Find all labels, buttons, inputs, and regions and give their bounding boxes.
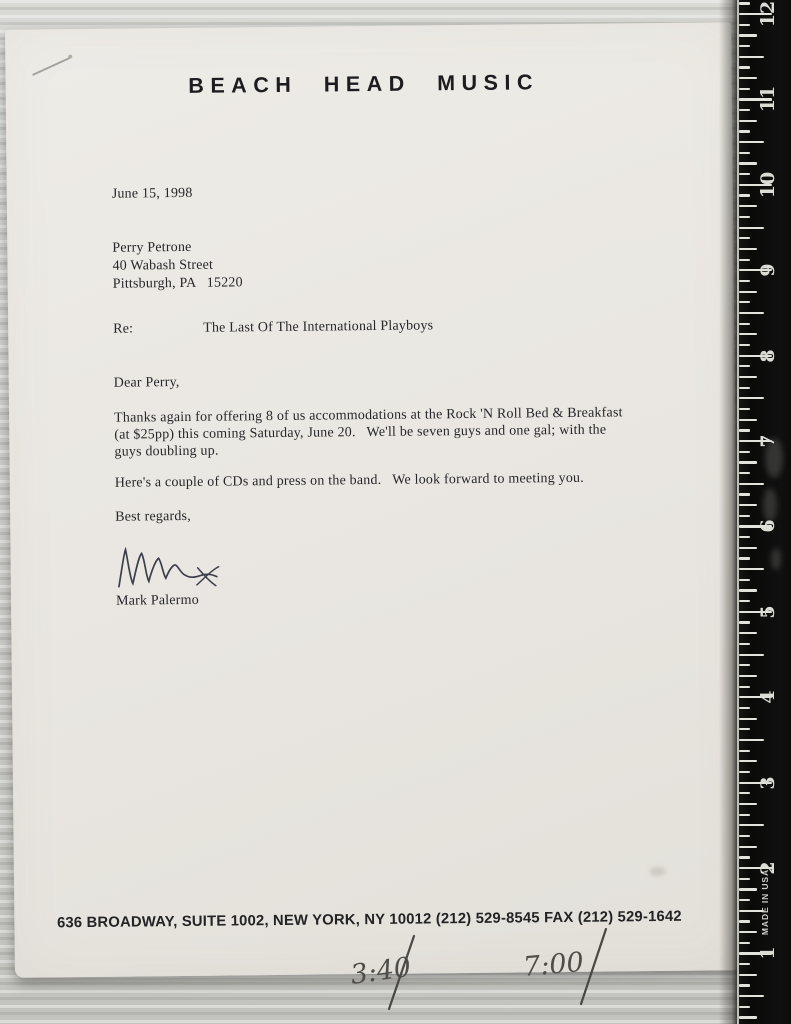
- ruler-tick: [739, 483, 764, 485]
- closing: Best regards,: [115, 509, 191, 526]
- ruler-tick: [739, 109, 750, 111]
- ruler-tick: [739, 493, 750, 495]
- ruler-number: 6: [751, 509, 785, 543]
- ruler-tick: [739, 792, 750, 794]
- ruler-tick: [739, 515, 750, 517]
- ruler-tick: [739, 376, 757, 378]
- ruler-tick: [739, 429, 750, 431]
- ruler: MADE IN USA 121110987654321: [719, 0, 791, 1024]
- subject-line: Re: The Last Of The International Playbo…: [113, 318, 433, 337]
- ruler-tick: [739, 888, 757, 890]
- ruler-number: 8: [751, 339, 785, 373]
- ruler-tick: [739, 846, 757, 848]
- footer-address: 636 BROADWAY, SUITE 1002, NEW YORK, NY 1…: [14, 908, 724, 931]
- ruler-tick: [739, 194, 750, 196]
- ruler-tick: [739, 344, 750, 346]
- ruler-tick: [739, 664, 750, 666]
- ruler-tick: [739, 301, 750, 303]
- ruler-tick: [739, 995, 764, 997]
- recipient-name: Perry Petrone: [112, 238, 242, 257]
- body-paragraph-1: Thanks again for offering 8 of us accomm…: [114, 404, 623, 461]
- smudge-mark: [650, 867, 666, 876]
- ruler-tick: [739, 824, 764, 826]
- ruler-tick: [739, 120, 757, 122]
- ruler-tick: [739, 760, 757, 762]
- ruler-shadow: [719, 0, 737, 1024]
- ruler-tick: [739, 547, 757, 549]
- ruler-tick: [739, 686, 750, 688]
- ruler-tick: [739, 152, 750, 154]
- ruler-tick: [739, 878, 750, 880]
- ruler-tick: [739, 130, 750, 132]
- ruler-tick: [739, 419, 757, 421]
- ruler-tick: [739, 728, 750, 730]
- ruler-number: 4: [751, 680, 785, 714]
- ruler-number: 9: [751, 253, 785, 287]
- ruler-tick: [739, 280, 750, 282]
- ruler-tick: [739, 814, 750, 816]
- ruler-tick: [739, 739, 764, 741]
- ruler-tick: [739, 237, 750, 239]
- ruler-number: 10: [751, 168, 785, 202]
- ruler-tick: [739, 899, 750, 901]
- ruler-tick: [739, 162, 757, 164]
- ruler-tick: [739, 718, 757, 720]
- ruler-number: 7: [751, 424, 785, 458]
- ruler-tick: [739, 312, 764, 314]
- ruler-tick: [739, 643, 750, 645]
- body-paragraph-2: Here's a couple of CDs and press on the …: [115, 471, 584, 492]
- ruler-tick: [739, 24, 750, 26]
- salutation: Dear Perry,: [114, 375, 180, 392]
- scanned-letter-photo: BEACH HEAD MUSIC June 15, 1998 Perry Pet…: [0, 0, 791, 1024]
- ruler-tick: [739, 323, 750, 325]
- recipient-street: 40 Wabash Street: [112, 256, 242, 275]
- ruler-tick: [739, 750, 750, 752]
- ruler-tick: [739, 963, 750, 965]
- ruler-number: 1: [751, 936, 785, 970]
- ruler-tick: [739, 397, 764, 399]
- ruler-number: 5: [751, 595, 785, 629]
- ruler-tick: [739, 173, 750, 175]
- ruler-tick: [739, 835, 750, 837]
- ruler-number: 2: [751, 851, 785, 885]
- letter-date: June 15, 1998: [112, 186, 193, 203]
- ruler-tick: [739, 387, 750, 389]
- ruler-tick: [739, 942, 750, 944]
- ruler-tick: [739, 557, 750, 559]
- recipient-address: Perry Petrone 40 Wabash Street Pittsburg…: [112, 238, 243, 293]
- signer-name: Mark Palermo: [116, 593, 199, 610]
- ruler-tick: [739, 579, 750, 581]
- ruler-tick: [739, 451, 750, 453]
- ruler-tick: [739, 45, 750, 47]
- ruler-tick: [739, 803, 757, 805]
- re-label: Re:: [113, 321, 203, 338]
- letter-paper: BEACH HEAD MUSIC June 15, 1998 Perry Pet…: [5, 22, 741, 978]
- ruler-tick: [739, 632, 757, 634]
- ruler-tick: [739, 920, 750, 922]
- ruler-face: MADE IN USA 121110987654321: [737, 0, 791, 1024]
- ruler-tick: [739, 408, 750, 410]
- ruler-tick: [739, 771, 750, 773]
- ruler-tick: [739, 974, 757, 976]
- ruler-tick: [739, 931, 757, 933]
- re-subject: The Last Of The International Playboys: [203, 318, 433, 336]
- ruler-tick: [739, 2, 750, 4]
- ruler-tick: [739, 141, 764, 143]
- ruler-tick: [739, 333, 757, 335]
- ruler-tick: [739, 621, 750, 623]
- ruler-number: 3: [751, 766, 785, 800]
- ruler-tick: [739, 248, 757, 250]
- ruler-tick: [739, 1006, 750, 1008]
- ruler-tick: [739, 34, 757, 36]
- ruler-tick: [739, 984, 750, 986]
- ruler-tick: [739, 589, 757, 591]
- ruler-tick: [739, 66, 750, 68]
- ruler-tick: [739, 472, 750, 474]
- ruler-tick: [739, 504, 757, 506]
- ruler-tick: [739, 856, 750, 858]
- letterhead-company: BEACH HEAD MUSIC: [6, 68, 722, 100]
- ruler-number: 12: [751, 0, 785, 31]
- ruler-tick: [739, 1016, 757, 1018]
- ruler-tick: [739, 259, 750, 261]
- ruler-tick: [739, 675, 757, 677]
- ruler-tick: [739, 600, 750, 602]
- ruler-tick: [739, 88, 750, 90]
- ruler-tick: [739, 568, 764, 570]
- ruler-tick: [739, 365, 750, 367]
- ruler-smudge: [771, 548, 781, 570]
- ruler-tick: [739, 707, 750, 709]
- signature: [110, 537, 236, 600]
- ruler-tick: [739, 654, 764, 656]
- ruler-tick: [739, 910, 764, 912]
- ruler-tick: [739, 227, 764, 229]
- ruler-tick: [739, 77, 757, 79]
- ruler-tick: [739, 536, 750, 538]
- recipient-city: Pittsburgh, PA 15220: [113, 274, 243, 293]
- ruler-tick: [739, 461, 757, 463]
- ruler-tick: [739, 216, 750, 218]
- ruler-tick: [739, 291, 757, 293]
- ruler-tick: [739, 205, 757, 207]
- scratch-mark: [32, 57, 71, 76]
- ruler-tick: [739, 56, 764, 58]
- ruler-number: 11: [751, 82, 785, 116]
